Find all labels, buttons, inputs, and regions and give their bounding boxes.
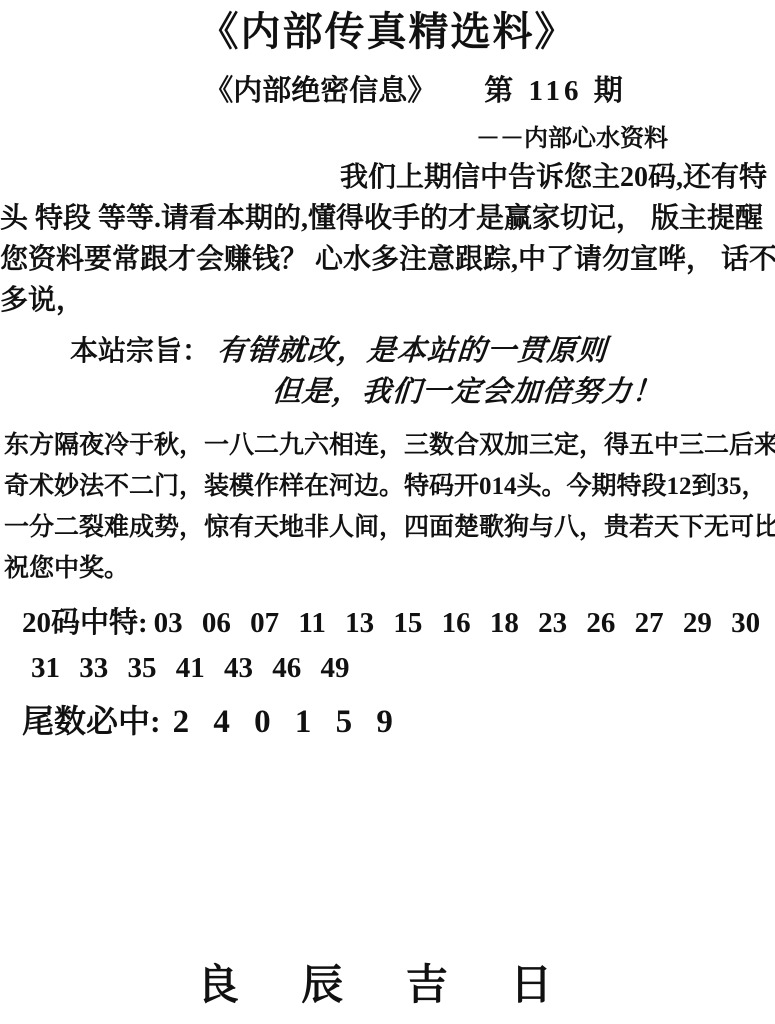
blessing-text: 良 辰 吉 日	[0, 959, 775, 1014]
intro-line: 您资料要常跟才会赚钱？ 心水多注意跟踪,中了请勿宣哗， 话不	[0, 239, 775, 280]
document-page: 《内部传真精选料》 《内部绝密信息》第 116 期 －－内部心水资料 我们上期信…	[0, 0, 775, 1024]
tail-numbers-block: 尾数必中:2 4 0 1 5 9	[0, 699, 775, 745]
motto-text-1: 有错就改，是本站的一贯原则	[216, 331, 609, 371]
site-motto: 本站宗旨： 有错就改，是本站的一贯原则 但是，我们一定会加倍努力！	[0, 331, 775, 413]
page-title: 《内部传真精选料》	[0, 6, 775, 58]
intro-line: 多说，	[0, 280, 775, 321]
intro-line: 头 特段 等等.请看本期的,懂得收手的才是赢家切记， 版主提醒	[0, 198, 775, 239]
picks-numbers-row1: 03 06 07 11 13 15 16 18 23 26 27 29 30	[154, 607, 760, 639]
intro-line: 我们上期信中告诉您主20码,还有特	[0, 157, 775, 198]
poem-line: 奇术妙法不二门，装模作样在河边。特码开014头。今期特段12到35，	[4, 466, 775, 507]
subtitle-line: 《内部绝密信息》第 116 期	[28, 72, 775, 110]
poem-line: 东方隔夜冷于秋，一八二九六相连，三数合双加三定，得五中三二后来	[4, 425, 775, 466]
intro-paragraph: 我们上期信中告诉您主20码,还有特 头 特段 等等.请看本期的,懂得收手的才是赢…	[0, 157, 775, 321]
tail-digits: 2 4 0 1 5 9	[173, 704, 393, 740]
picks-label: 20码中特:	[22, 607, 148, 639]
motto-label: 本站宗旨：	[70, 336, 210, 367]
poem-line: 祝您中奖。	[4, 548, 775, 589]
tip-poem: 东方隔夜冷于秋，一八二九六相连，三数合双加三定，得五中三二后来 奇术妙法不二门，…	[0, 425, 775, 589]
tagline: －－内部心水资料	[0, 124, 775, 155]
tail-label: 尾数必中:	[22, 703, 161, 739]
issue-number: 第 116 期	[484, 75, 626, 107]
subtitle-name: 《内部绝密信息》	[204, 75, 436, 107]
picks-numbers-row2: 31 33 35 41 43 46 49	[31, 652, 350, 684]
poem-line: 一分二裂难成势，惊有天地非人间，四面楚歌狗与八，贵若天下无可比。	[4, 507, 775, 548]
picks-20-block: 20码中特:03 06 07 11 13 15 16 18 23 26 27 2…	[0, 601, 775, 691]
motto-text-2: 但是，我们一定会加倍努力！	[271, 372, 664, 412]
